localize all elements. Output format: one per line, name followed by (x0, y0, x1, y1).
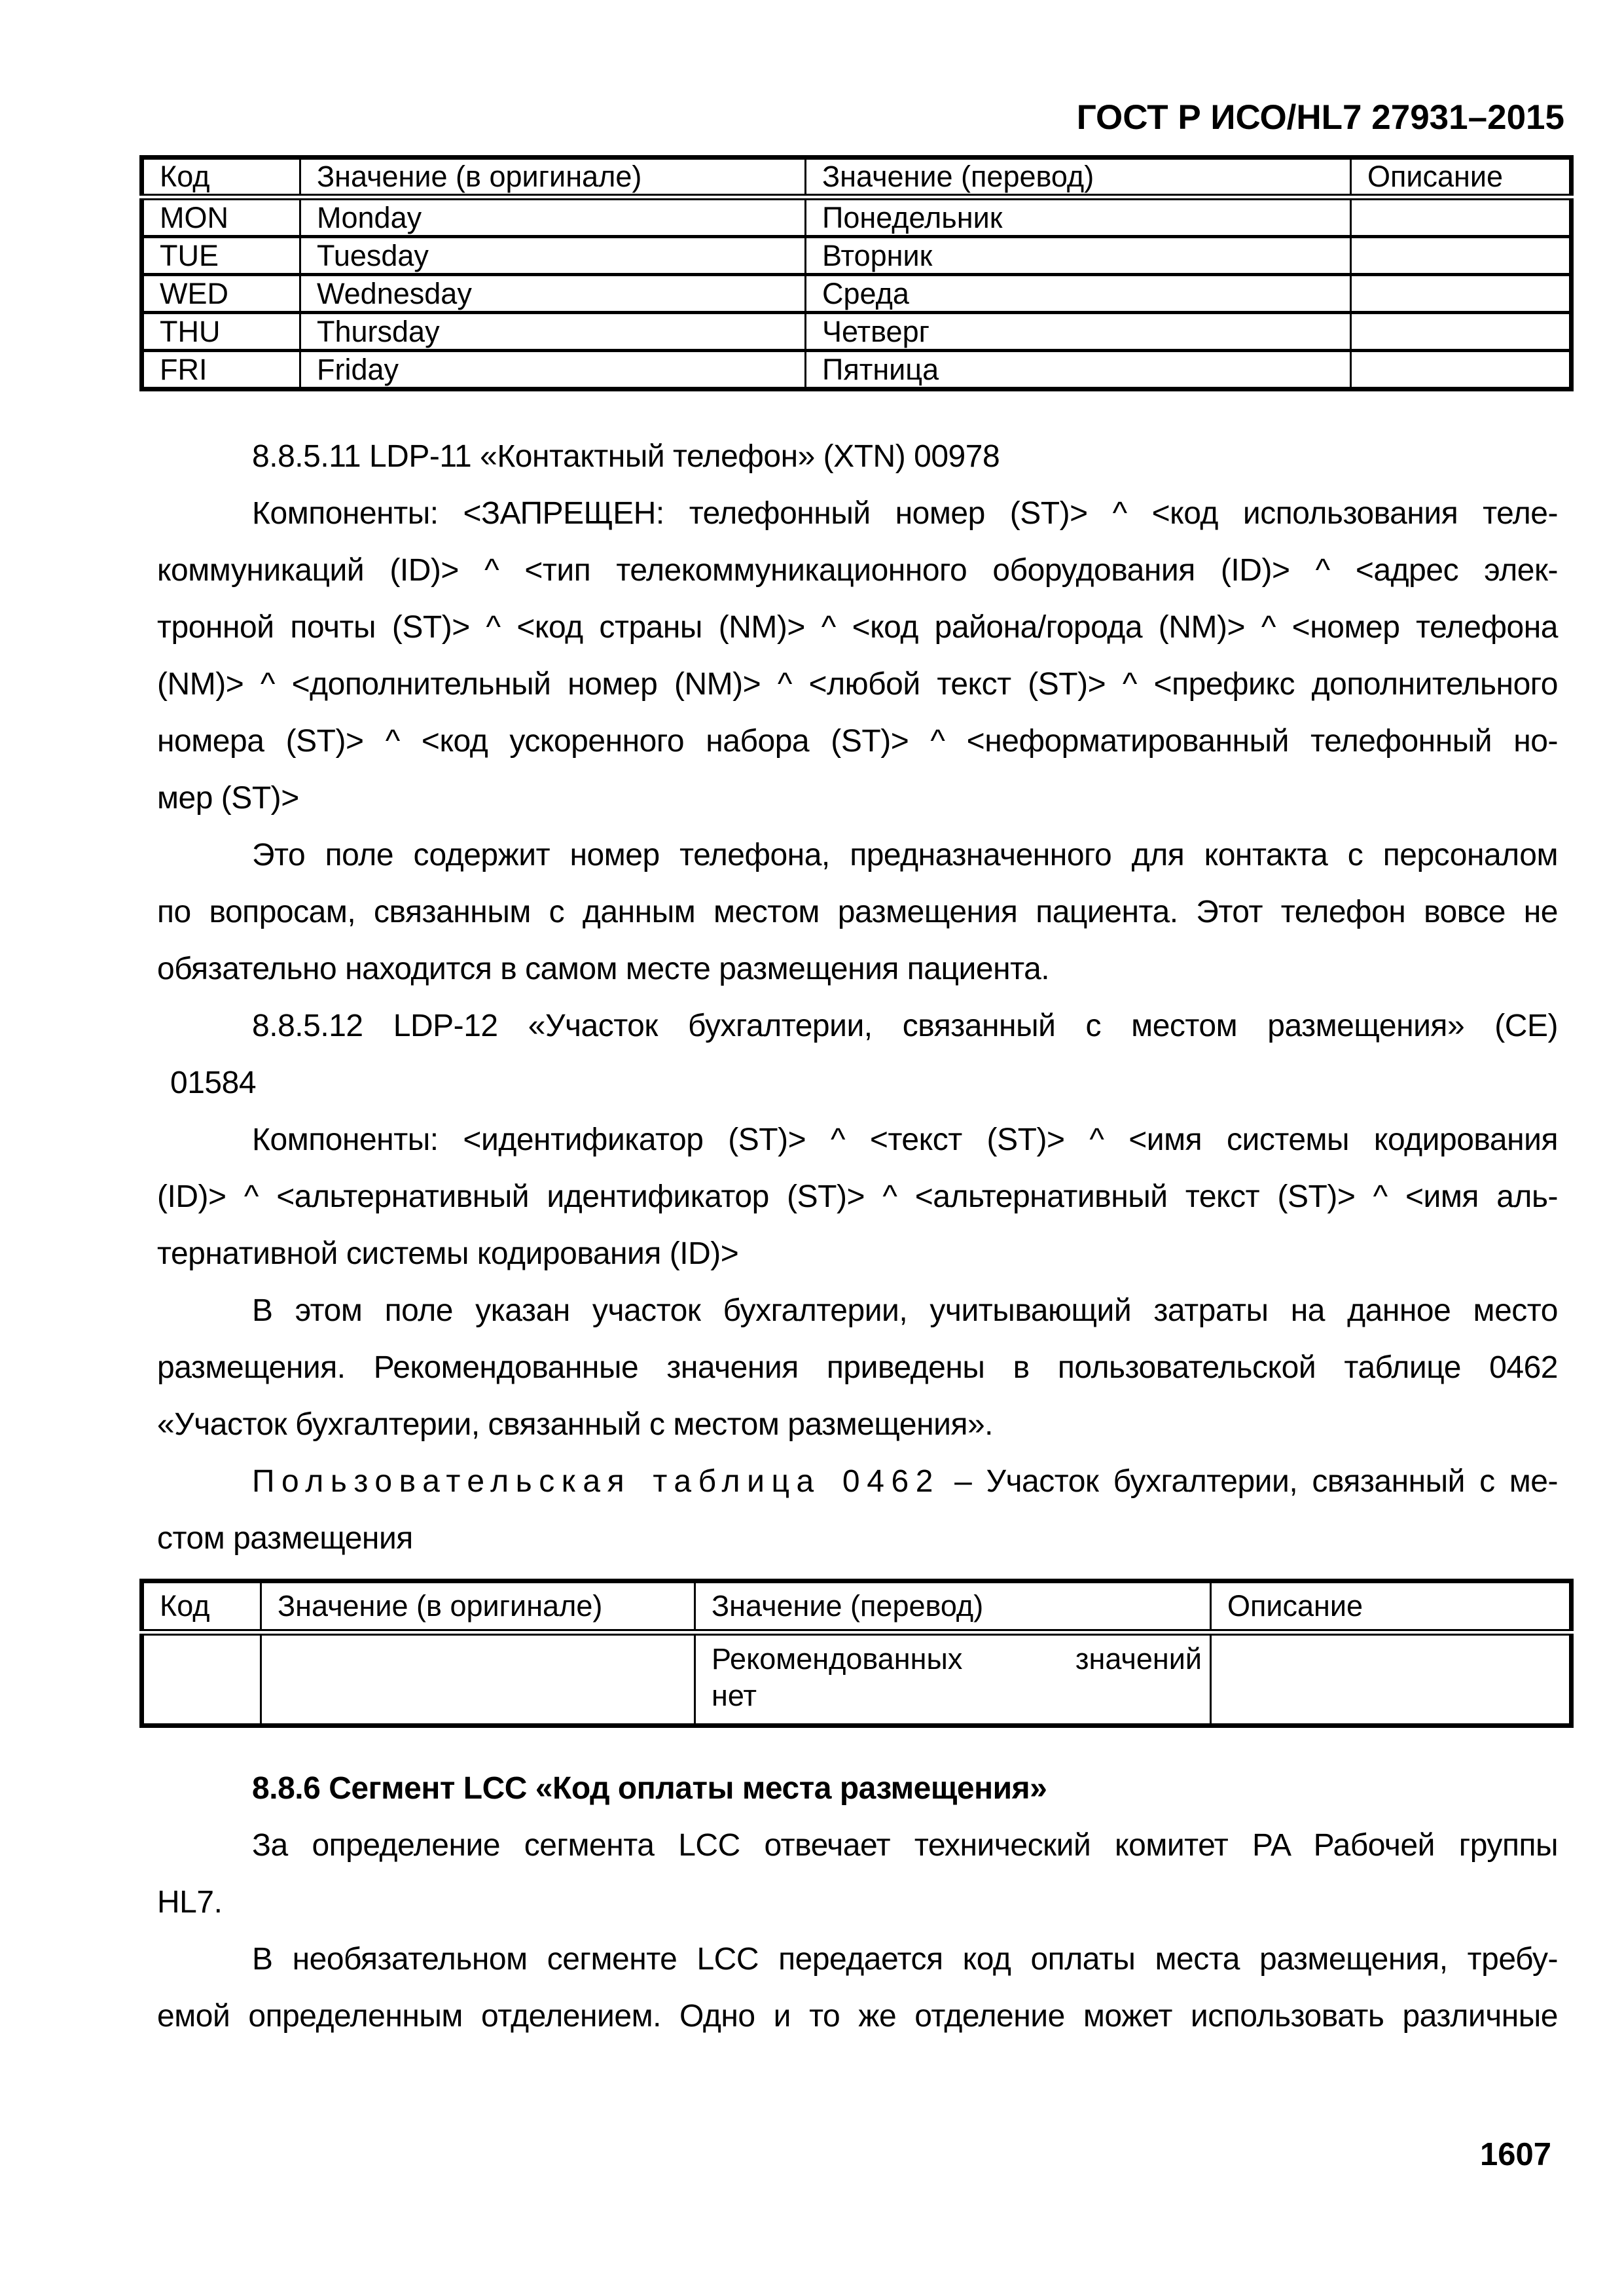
cell-description (1351, 237, 1572, 275)
field-number-line: 01584 (157, 1054, 1558, 1111)
cell-description (1211, 1632, 1572, 1726)
cell-text-line: нет (712, 1677, 1202, 1714)
table-caption-title-text: – Участок бухгалтерии, связанный с ме- (954, 1464, 1558, 1499)
table-row: MON Monday Понедельник (142, 197, 1572, 237)
day-codes-table: Код Значение (в оригинале) Значение (пер… (139, 155, 1574, 391)
cell-description (1351, 351, 1572, 389)
column-header-code: Код (142, 158, 300, 198)
section-heading-8-8-5-12: 8.8.5.12 LDP-12 «Участок бухгалтерии, св… (157, 997, 1558, 1054)
cell-code: TUE (142, 237, 300, 275)
cell-translation: Рекомендованных значений нет (695, 1632, 1211, 1726)
paragraph-line: коммуникаций (ID)> ^ <тип телекоммуникац… (157, 542, 1558, 599)
paragraph-line: мер (ST)> (157, 770, 1558, 827)
cell-original: Friday (300, 351, 806, 389)
cell-code: THU (142, 313, 300, 351)
table-row: TUE Tuesday Вторник (142, 237, 1572, 275)
paragraph-line: За определение сегмента LCC отвечает тех… (157, 1817, 1558, 1874)
cell-code: WED (142, 275, 300, 313)
table-caption-spaced-text: Пользовательская таблица 0462 (252, 1464, 940, 1499)
table-caption-line-1: Пользовательская таблица 0462 – Участок … (157, 1453, 1558, 1510)
paragraph-line: «Участок бухгалтерии, связанный с местом… (157, 1396, 1558, 1453)
cell-description (1351, 275, 1572, 313)
paragraph-line: Компоненты: <идентификатор (ST)> ^ <текс… (157, 1111, 1558, 1168)
table-header-row: Код Значение (в оригинале) Значение (пер… (142, 1581, 1572, 1633)
column-header-description: Описание (1211, 1581, 1572, 1633)
table-row: FRI Friday Пятница (142, 351, 1572, 389)
cell-code (142, 1632, 261, 1726)
paragraph-line: по вопросам, связанным с данным местом р… (157, 884, 1558, 941)
paragraph-line: емой определенным отделением. Одно и то … (157, 1988, 1558, 2045)
cell-translation: Четверг (806, 313, 1351, 351)
paragraph-line: номера (ST)> ^ <код ускоренного набора (… (157, 713, 1558, 770)
cell-translation: Понедельник (806, 197, 1351, 237)
paragraph-line: Это поле содержит номер телефона, предна… (157, 827, 1558, 884)
cell-description (1351, 197, 1572, 237)
paragraph-line: HL7. (157, 1874, 1558, 1931)
body-text-block-1: 8.8.5.11 LDP-11 «Контактный телефон» (XT… (157, 428, 1558, 1567)
paragraph-line: Компоненты: <ЗАПРЕЩЕН: телефонный номер … (157, 485, 1558, 542)
table-caption-line-2: стом размещения (157, 1510, 1558, 1567)
paragraph-line: тернативной системы кодирования (ID)> (157, 1225, 1558, 1282)
section-heading-8-8-6: 8.8.6 Сегмент LCC «Код оплаты места разм… (157, 1760, 1558, 1817)
cell-description (1351, 313, 1572, 351)
document-page: ГОСТ Р ИСО/HL7 27931–2015 Код Значение (… (0, 0, 1624, 2296)
cell-translation: Пятница (806, 351, 1351, 389)
cell-original (261, 1632, 695, 1726)
running-header: ГОСТ Р ИСО/HL7 27931–2015 (157, 98, 1564, 137)
page-number: 1607 (157, 2135, 1551, 2174)
table-row: THU Thursday Четверг (142, 313, 1572, 351)
cell-original: Monday (300, 197, 806, 237)
cell-translation: Вторник (806, 237, 1351, 275)
paragraph-line: обязательно находится в самом месте разм… (157, 941, 1558, 997)
column-header-code: Код (142, 1581, 261, 1633)
column-header-original: Значение (в оригинале) (261, 1581, 695, 1633)
paragraph-line: В этом поле указан участок бухгалтерии, … (157, 1282, 1558, 1339)
cell-translation: Среда (806, 275, 1351, 313)
paragraph-line: (ID)> ^ <альтернативный идентификатор (S… (157, 1168, 1558, 1225)
column-header-description: Описание (1351, 158, 1572, 198)
cell-code: MON (142, 197, 300, 237)
cell-original: Tuesday (300, 237, 806, 275)
paragraph-line: размещения. Рекомендованные значения при… (157, 1339, 1558, 1396)
column-header-original: Значение (в оригинале) (300, 158, 806, 198)
paragraph-line: тронной почты (ST)> ^ <код страны (NM)> … (157, 599, 1558, 656)
column-header-translation: Значение (перевод) (695, 1581, 1211, 1633)
table-row: WED Wednesday Среда (142, 275, 1572, 313)
cell-code: FRI (142, 351, 300, 389)
table-header-row: Код Значение (в оригинале) Значение (пер… (142, 158, 1572, 198)
cell-original: Wednesday (300, 275, 806, 313)
body-text-block-2: 8.8.6 Сегмент LCC «Код оплаты места разм… (157, 1760, 1558, 2045)
column-header-translation: Значение (перевод) (806, 158, 1351, 198)
section-heading-8-8-5-11: 8.8.5.11 LDP-11 «Контактный телефон» (XT… (157, 428, 1558, 485)
table-row: Рекомендованных значений нет (142, 1632, 1572, 1726)
cell-text-line: Рекомендованных значений (712, 1641, 1202, 1677)
paragraph-line: В необязательном сегменте LCC передается… (157, 1931, 1558, 1988)
paragraph-line: (NM)> ^ <дополнительный номер (NM)> ^ <л… (157, 656, 1558, 713)
cell-original: Thursday (300, 313, 806, 351)
user-table-0462: Код Значение (в оригинале) Значение (пер… (139, 1579, 1574, 1728)
